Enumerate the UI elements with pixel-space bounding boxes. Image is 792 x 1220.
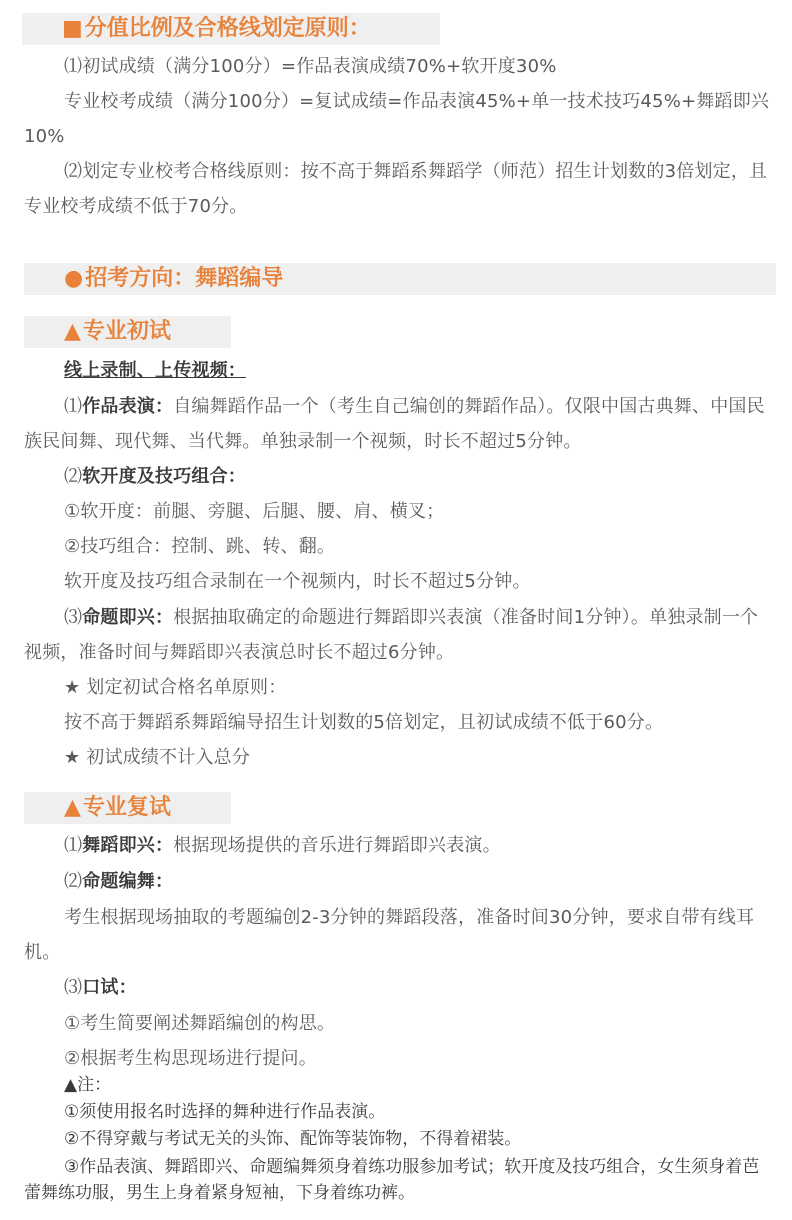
note-item: ②不得穿戴与考试无关的头饰、配饰等装饰物，不得着裙装。 [24, 1126, 776, 1152]
section-header-direction: ●招考方向：舞蹈编导 [24, 263, 776, 295]
prelim-item-2-skills: ②技巧组合：控制、跳、转、翻。 [24, 529, 776, 564]
section-title: 专业初试 [83, 319, 171, 344]
prelim-item-3: ⑶命题即兴：根据抽取确定的命题进行舞蹈即兴表演（准备时间1分钟）。单独录制一个视… [24, 600, 776, 670]
prelim-item-2-duration: 软开度及技巧组合录制在一个视频内，时长不超过5分钟。 [24, 564, 776, 599]
circle-bullet-icon: ● [64, 266, 83, 291]
section-title: 招考方向：舞蹈编导 [85, 266, 283, 291]
retest-item-2: ⑵命题编舞： [24, 864, 776, 899]
section-title: 专业复试 [83, 795, 171, 820]
triangle-bullet-icon: ▲ [64, 319, 81, 344]
star-note-pass-list-text: 按不高于舞蹈系舞蹈编导招生计划数的5倍划定，且初试成绩不低于60分。 [24, 705, 776, 740]
paragraph: 专业校考成绩（满分100分）=复试成绩=作品表演45%+单一技术技巧45%+舞蹈… [24, 84, 776, 154]
prelim-item-2: ⑵软开度及技巧组合： [24, 459, 776, 494]
note-item: ①须使用报名时选择的舞种进行作品表演。 [24, 1099, 776, 1125]
paragraph: ⑴初试成绩（满分100分）=作品表演成绩70%+软开度30% [24, 49, 776, 84]
retest-item-3: ⑶口试： [24, 970, 776, 1005]
notes-title: ▲注： [24, 1072, 776, 1098]
section-header-prelim: ▲专业初试 [24, 316, 231, 348]
retest-item-3-a: ①考生简要阐述舞蹈编创的构思。 [24, 1006, 776, 1041]
section-title: 分值比例及合格线划定原则： [85, 16, 371, 41]
retest-item-1: ⑴舞蹈即兴：根据现场提供的音乐进行舞蹈即兴表演。 [24, 828, 776, 863]
retest-item-2-text: 考生根据现场抽取的考题编创2-3分钟的舞蹈段落，准备时间30分钟，要求自带有线耳… [24, 900, 776, 970]
retest-item-3-b: ②根据考生构思现场进行提问。 [24, 1041, 776, 1076]
prelim-item-2-flex: ①软开度：前腿、旁腿、后腿、腰、肩、横叉； [24, 494, 776, 529]
paragraph: ⑵划定专业校考合格线原则：按不高于舞蹈系舞蹈学（师范）招生计划数的3倍划定，且专… [24, 154, 776, 224]
section-header-score-ratio: ■分值比例及合格线划定原则： [22, 13, 440, 45]
star-note-pass-list: ★ 划定初试合格名单原则： [24, 670, 776, 705]
triangle-bullet-icon: ▲ [64, 795, 81, 820]
prelim-item-1: ⑴作品表演：自编舞蹈作品一个（考生自己编创的舞蹈作品）。仅限中国古典舞、中国民族… [24, 389, 776, 459]
subtitle-online-recording: 线上录制、上传视频： [24, 353, 776, 388]
note-item: ③作品表演、舞蹈即兴、命题编舞须身着练功服参加考试；软开度及技巧组合，女生须身着… [24, 1154, 776, 1206]
star-note-not-counted: ★ 初试成绩不计入总分 [24, 740, 776, 775]
section-header-retest: ▲专业复试 [24, 792, 231, 824]
square-bullet-icon: ■ [62, 16, 83, 41]
